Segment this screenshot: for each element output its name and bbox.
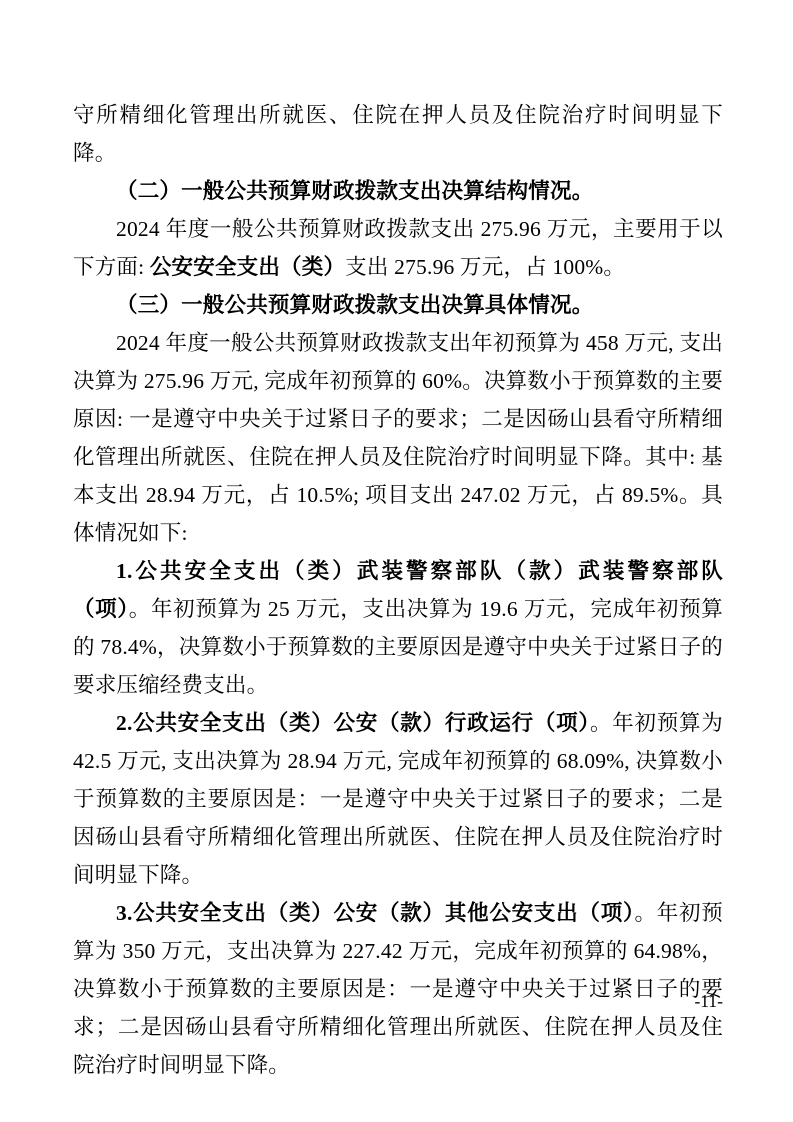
budget-item-3-title: 3.公共安全支出（类）公安（款）其他公安支出（项） [116,901,634,925]
text-run: 2024 年度一般公共预算财政拨款支出年初预算为 458 万元, 支出决算为 2… [73,331,723,545]
continuation-paragraph: 守所精细化管理出所就医、住院在押人员及住院治疗时间明显下降。 [73,96,723,172]
text-run: 支出 275.96 万元，占 100%。 [345,255,625,279]
budget-item-3-paragraph: 3.公共安全支出（类）公安（款）其他公安支出（项）。年初预算为 350 万元，支… [73,894,723,1084]
heading-text: （二）一般公共预算财政拨款支出决算结构情况。 [116,179,593,203]
document-body: 守所精细化管理出所就医、住院在押人员及住院治疗时间明显下降。 （二）一般公共预算… [73,96,723,1084]
text-run: 。年初预算为 25 万元，支出决算为 19.6 万元，完成年初预算的 78.4%… [73,597,723,697]
heading-text: （三）一般公共预算财政拨款支出决算具体情况。 [116,293,593,317]
text-run: 。年初预算为 350 万元，支出决算为 227.42 万元，完成年初预算的 64… [73,901,723,1077]
budget-item-1-paragraph: 1.公共安全支出（类）武装警察部队（款）武装警察部队（项）。年初预算为 25 万… [73,552,723,704]
structure-paragraph: 2024 年度一般公共预算财政拨款支出 275.96 万元，主要用于以下方面: … [73,210,723,286]
detail-summary-paragraph: 2024 年度一般公共预算财政拨款支出年初预算为 458 万元, 支出决算为 2… [73,324,723,552]
document-page: 守所精细化管理出所就医、住院在押人员及住院治疗时间明显下降。 （二）一般公共预算… [0,0,793,1122]
page-number: -11- [694,989,723,1013]
section-heading-3: （三）一般公共预算财政拨款支出决算具体情况。 [73,286,723,324]
budget-item-2-title: 2.公共安全支出（类）公安（款）行政运行（项） [116,711,590,735]
budget-item-2-paragraph: 2.公共安全支出（类）公安（款）行政运行（项）。年初预算为 42.5 万元, 支… [73,704,723,894]
text-run: 守所精细化管理出所就医、住院在押人员及住院治疗时间明显下降。 [73,103,723,165]
text-run: 。年初预算为 42.5 万元, 支出决算为 28.94 万元, 完成年初预算的 … [73,711,723,887]
section-heading-2: （二）一般公共预算财政拨款支出决算结构情况。 [73,172,723,210]
bold-run: 公安安全支出（类） [150,255,345,279]
